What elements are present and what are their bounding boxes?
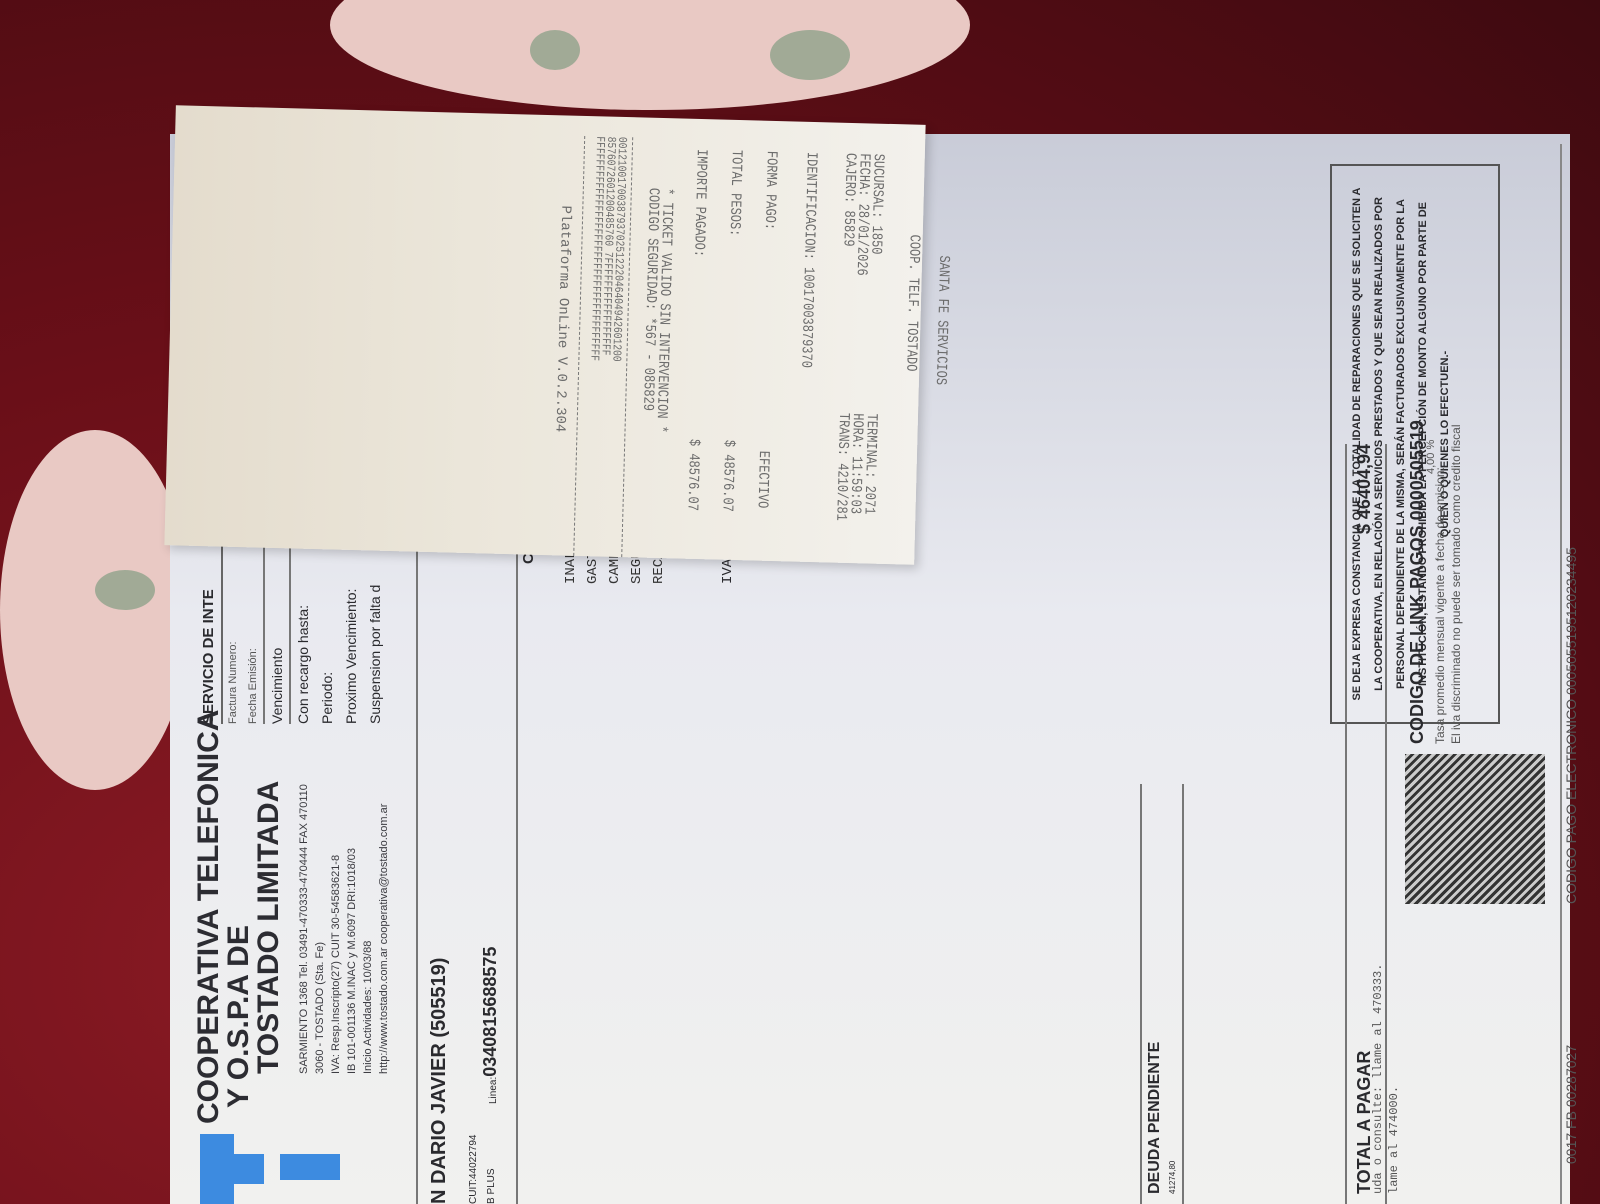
deuda-value: 41274,80	[1168, 1161, 1177, 1194]
importe-pagado-label: IMPORTE PAGADO:	[690, 149, 710, 257]
fabric-pink	[330, 0, 970, 110]
client-name: N DARIO JAVIER (505519)	[428, 958, 451, 1204]
company-info: http://www.tostado.com.ar cooperativa@to…	[376, 704, 392, 1074]
importe-pagado-value: $ 48576.07	[683, 439, 702, 511]
company-info: Inicio Actividades: 10/03/88	[360, 704, 376, 1074]
footer-code: 0017 FB 00287027	[1563, 1045, 1579, 1164]
total-value: $ 46404,94	[1354, 444, 1375, 534]
company-logo	[200, 1184, 310, 1204]
company-info: IB 101-001136 M.INAC y M.6097 DRI:1018/0…	[344, 704, 360, 1074]
ticket-header-2: COOP. TELF. TOSTADO	[902, 234, 923, 371]
deuda-label: DEUDA PENDIENTE	[1146, 1042, 1164, 1194]
codigo-pago-electronico: CODIGO PAGO ELECTRONICO 0005055195120234…	[1563, 547, 1579, 904]
deuda-pendiente: DEUDA PENDIENTE 41274,80	[1140, 784, 1184, 1204]
company-header: COOPERATIVA TELEFONICA Y O.S.P.A DE TOST…	[194, 704, 392, 1124]
ticket-barcode-text: 0012100170038793702512220464049426012008…	[588, 136, 627, 361]
total-label: TOTAL A PAGAR	[1354, 1051, 1375, 1194]
client-cuit: CUIT:44022794	[468, 1135, 479, 1204]
ticket-valid: * TICKET VALIDO SIN INTERVENCION *CODIGO…	[639, 188, 673, 433]
company-name-2: Y O.S.P.A DE	[224, 704, 254, 1124]
fabric-pattern	[95, 570, 155, 610]
client-plan: B PLUS	[486, 1168, 497, 1204]
ticket-terminal: TERMINAL: 2071HORA: 11:59:03TRANS: 4210/…	[833, 413, 878, 522]
fabric-pattern	[530, 30, 580, 70]
company-name-3: TOSTADO LIMITADA	[254, 704, 284, 1124]
total-pesos-label: TOTAL PESOS:	[726, 150, 745, 237]
company-name-1: COOPERATIVA TELEFONICA	[194, 704, 224, 1124]
forma-pago-label: FORMA PAGO:	[761, 151, 780, 231]
company-info: 3060 - TOSTADO (Sta. Fe)	[312, 704, 328, 1074]
payment-section: TOTAL A PAGAR $ 46404,94 CODIGO DE LINK …	[1345, 144, 1585, 1204]
tasa-text: Tasa promedio mensual vigente a fecha de…	[1433, 467, 1447, 744]
total-row: TOTAL A PAGAR $ 46404,94	[1345, 444, 1387, 1204]
client-linea: Linea:03408156885​75	[480, 947, 501, 1104]
fabric-pattern	[770, 30, 850, 80]
tasa-value: 4,00 %	[1425, 440, 1437, 474]
payment-receipt: SANTA FE SERVICIOS COOP. TELF. TOSTADO S…	[164, 105, 925, 564]
fabric-pink	[0, 430, 190, 790]
ticket-platform: Plataforma OnLine V.0.2.304	[551, 205, 573, 432]
ticket-divider	[573, 136, 585, 556]
total-pesos-value: $ 48576.07	[718, 440, 737, 512]
ticket-sucursal: SUCURSAL: 1850FECHA: 28/01/2026CAJERO: 8…	[840, 153, 885, 276]
company-info: SARMIENTO 1368 Tel. 03491-470333-470444 …	[296, 704, 312, 1074]
iva-note: El iva discriminado no puede ser tomado …	[1449, 425, 1463, 745]
ticket-header-1: SANTA FE SERVICIOS	[932, 255, 952, 385]
footer-divider	[1560, 144, 1562, 1204]
forma-pago-value: EFECTIVO	[754, 451, 773, 509]
company-info: IVA: Resp.Inscripto(27) CUIT 30-54583621…	[328, 704, 344, 1074]
ticket-identificacion: IDENTIFICACION: 10017003879370	[797, 152, 820, 368]
qr-code	[1405, 754, 1545, 904]
